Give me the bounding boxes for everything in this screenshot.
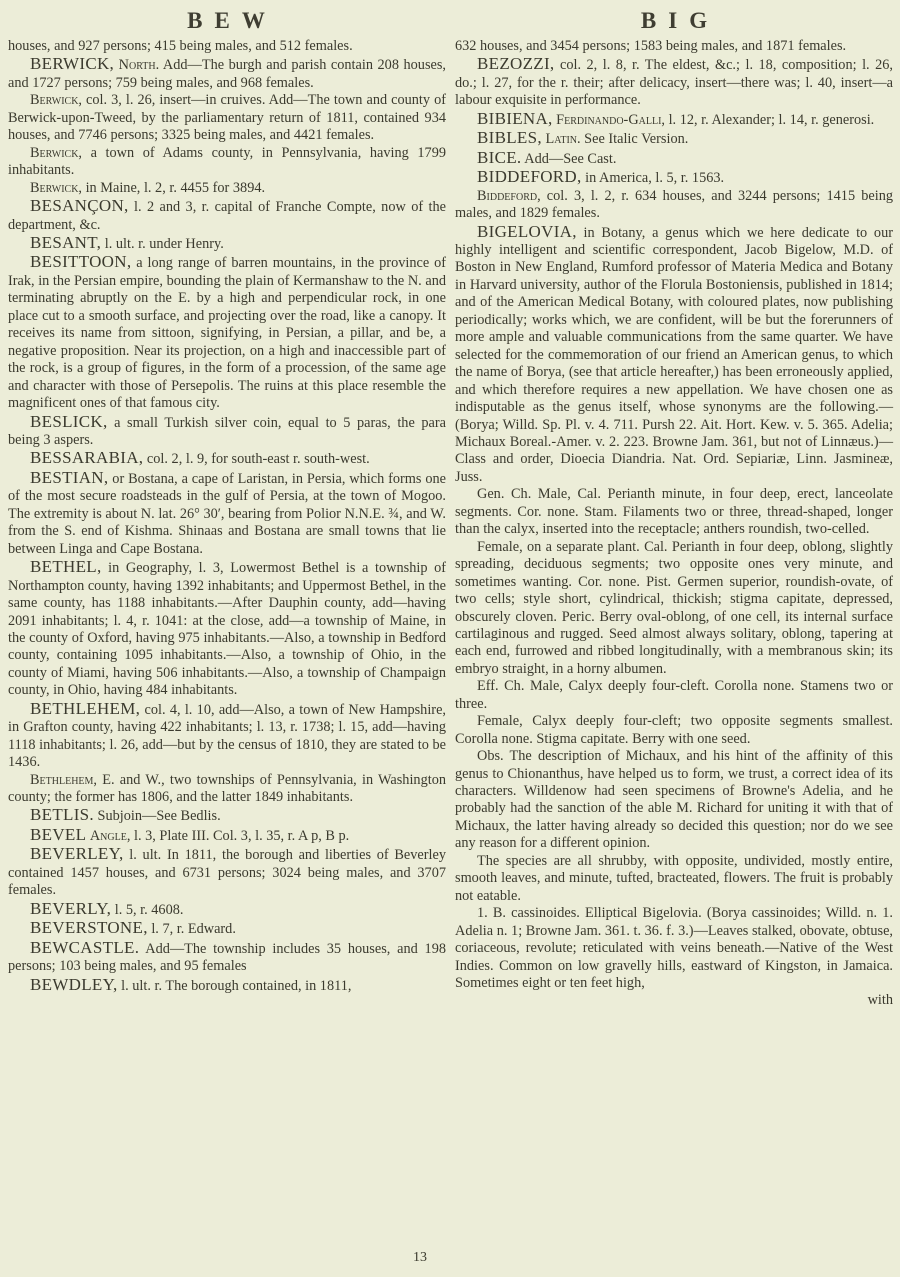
left-column: BEW houses, and 927 persons; 415 being m… — [8, 0, 446, 995]
entry-continuation: houses, and 927 persons; 415 being males… — [8, 38, 446, 55]
paragraph-obs: Obs. The description of Michaux, and his… — [455, 748, 893, 853]
entry-bessarabia: BESSARABIA, col. 2, l. 9, for south-east… — [8, 449, 446, 468]
entry-beverley: BEVERLEY, l. ult. In 1811, the borough a… — [8, 845, 446, 899]
catchword: with — [455, 992, 893, 1009]
left-column-text: houses, and 927 persons; 415 being males… — [8, 38, 446, 995]
entry-bethlehem-e-w: Bethlehem, E. and W., two townships of P… — [8, 772, 446, 807]
entry-bethel: BETHEL, in Geography, l. 3, Lowermost Be… — [8, 558, 446, 700]
entry-besancon: BESANÇON, l. 2 and 3, r. capital of Fran… — [8, 197, 446, 234]
entry-bezozzi: BEZOZZI, col. 2, l. 8, r. The eldest, &c… — [455, 55, 893, 109]
entry-bethlehem: BETHLEHEM, col. 4, l. 10, add—Also, a to… — [8, 700, 446, 772]
entry-bewdley: BEWDLEY, l. ult. r. The borough containe… — [8, 976, 446, 995]
entry-berwick: Berwick, col. 3, l. 26, insert—in cruive… — [8, 92, 446, 144]
paragraph-ess-ch: Eff. Ch. Male, Calyx deeply four-cleft. … — [455, 678, 893, 713]
entry-berwick-pennsylvania: Berwick, a town of Adams county, in Penn… — [8, 145, 446, 180]
entry-beverstone: BEVERSTONE, l. 7, r. Edward. — [8, 919, 446, 938]
entry-continuation: 632 houses, and 3454 persons; 1583 being… — [455, 38, 893, 55]
entry-bestian: BESTIAN, or Bostana, a cape of Laristan,… — [8, 469, 446, 558]
right-column-text: 632 houses, and 3454 persons; 1583 being… — [455, 38, 893, 1010]
paragraph-species-1: 1. B. cassinoides. Elliptical Bigelovia.… — [455, 905, 893, 992]
entry-beslick: BESLICK, a small Turkish silver coin, eq… — [8, 413, 446, 450]
entry-beverly: BEVERLY, l. 5, r. 4608. — [8, 900, 446, 919]
running-head-right: BIG — [455, 4, 893, 38]
entry-besant: BESANT, l. ult. r. under Henry. — [8, 234, 446, 253]
entry-betlis: BETLIS. Subjoin—See Bedlis. — [8, 806, 446, 825]
running-head-left: BEW — [8, 4, 446, 38]
entry-bibles-latin: BIBLES, Latin. See Italic Version. — [455, 129, 893, 148]
page-number: 13 — [0, 1250, 900, 1266]
paragraph-female-ess: Female, Calyx deeply four-cleft; two opp… — [455, 713, 893, 748]
entry-berwick-maine: Berwick, in Maine, l. 2, r. 4455 for 389… — [8, 180, 446, 197]
paragraph-female: Female, on a separate plant. Cal. Perian… — [455, 539, 893, 679]
entry-biddeford-america: BIDDEFORD, in America, l. 5, r. 1563. — [455, 168, 893, 187]
right-column: BIG 632 houses, and 3454 persons; 1583 b… — [455, 0, 893, 1010]
entry-biddeford: Biddeford, col. 3, l. 2, r. 634 houses, … — [455, 188, 893, 223]
document-page: BEW houses, and 927 persons; 415 being m… — [0, 0, 900, 1277]
paragraph-gen-ch: Gen. Ch. Male, Cal. Perianth minute, in … — [455, 486, 893, 538]
entry-bevel-angle: BEVEL Angle, l. 3, Plate III. Col. 3, l.… — [8, 826, 446, 845]
entry-bice: BICE. Add—See Cast. — [455, 149, 893, 168]
paragraph-species: The species are all shrubby, with opposi… — [455, 853, 893, 905]
entry-bibiena: BIBIENA, Ferdinando-Galli, l. 12, r. Ale… — [455, 110, 893, 129]
entry-bewcastle: BEWCASTLE. Add—The township includes 35 … — [8, 939, 446, 976]
entry-berwick-north: BERWICK, North. Add—The burgh and parish… — [8, 55, 446, 92]
entry-besittoon: BESITTOON, a long range of barren mounta… — [8, 253, 446, 412]
entry-bigelovia: BIGELOVIA, in Botany, a genus which we h… — [455, 223, 893, 487]
